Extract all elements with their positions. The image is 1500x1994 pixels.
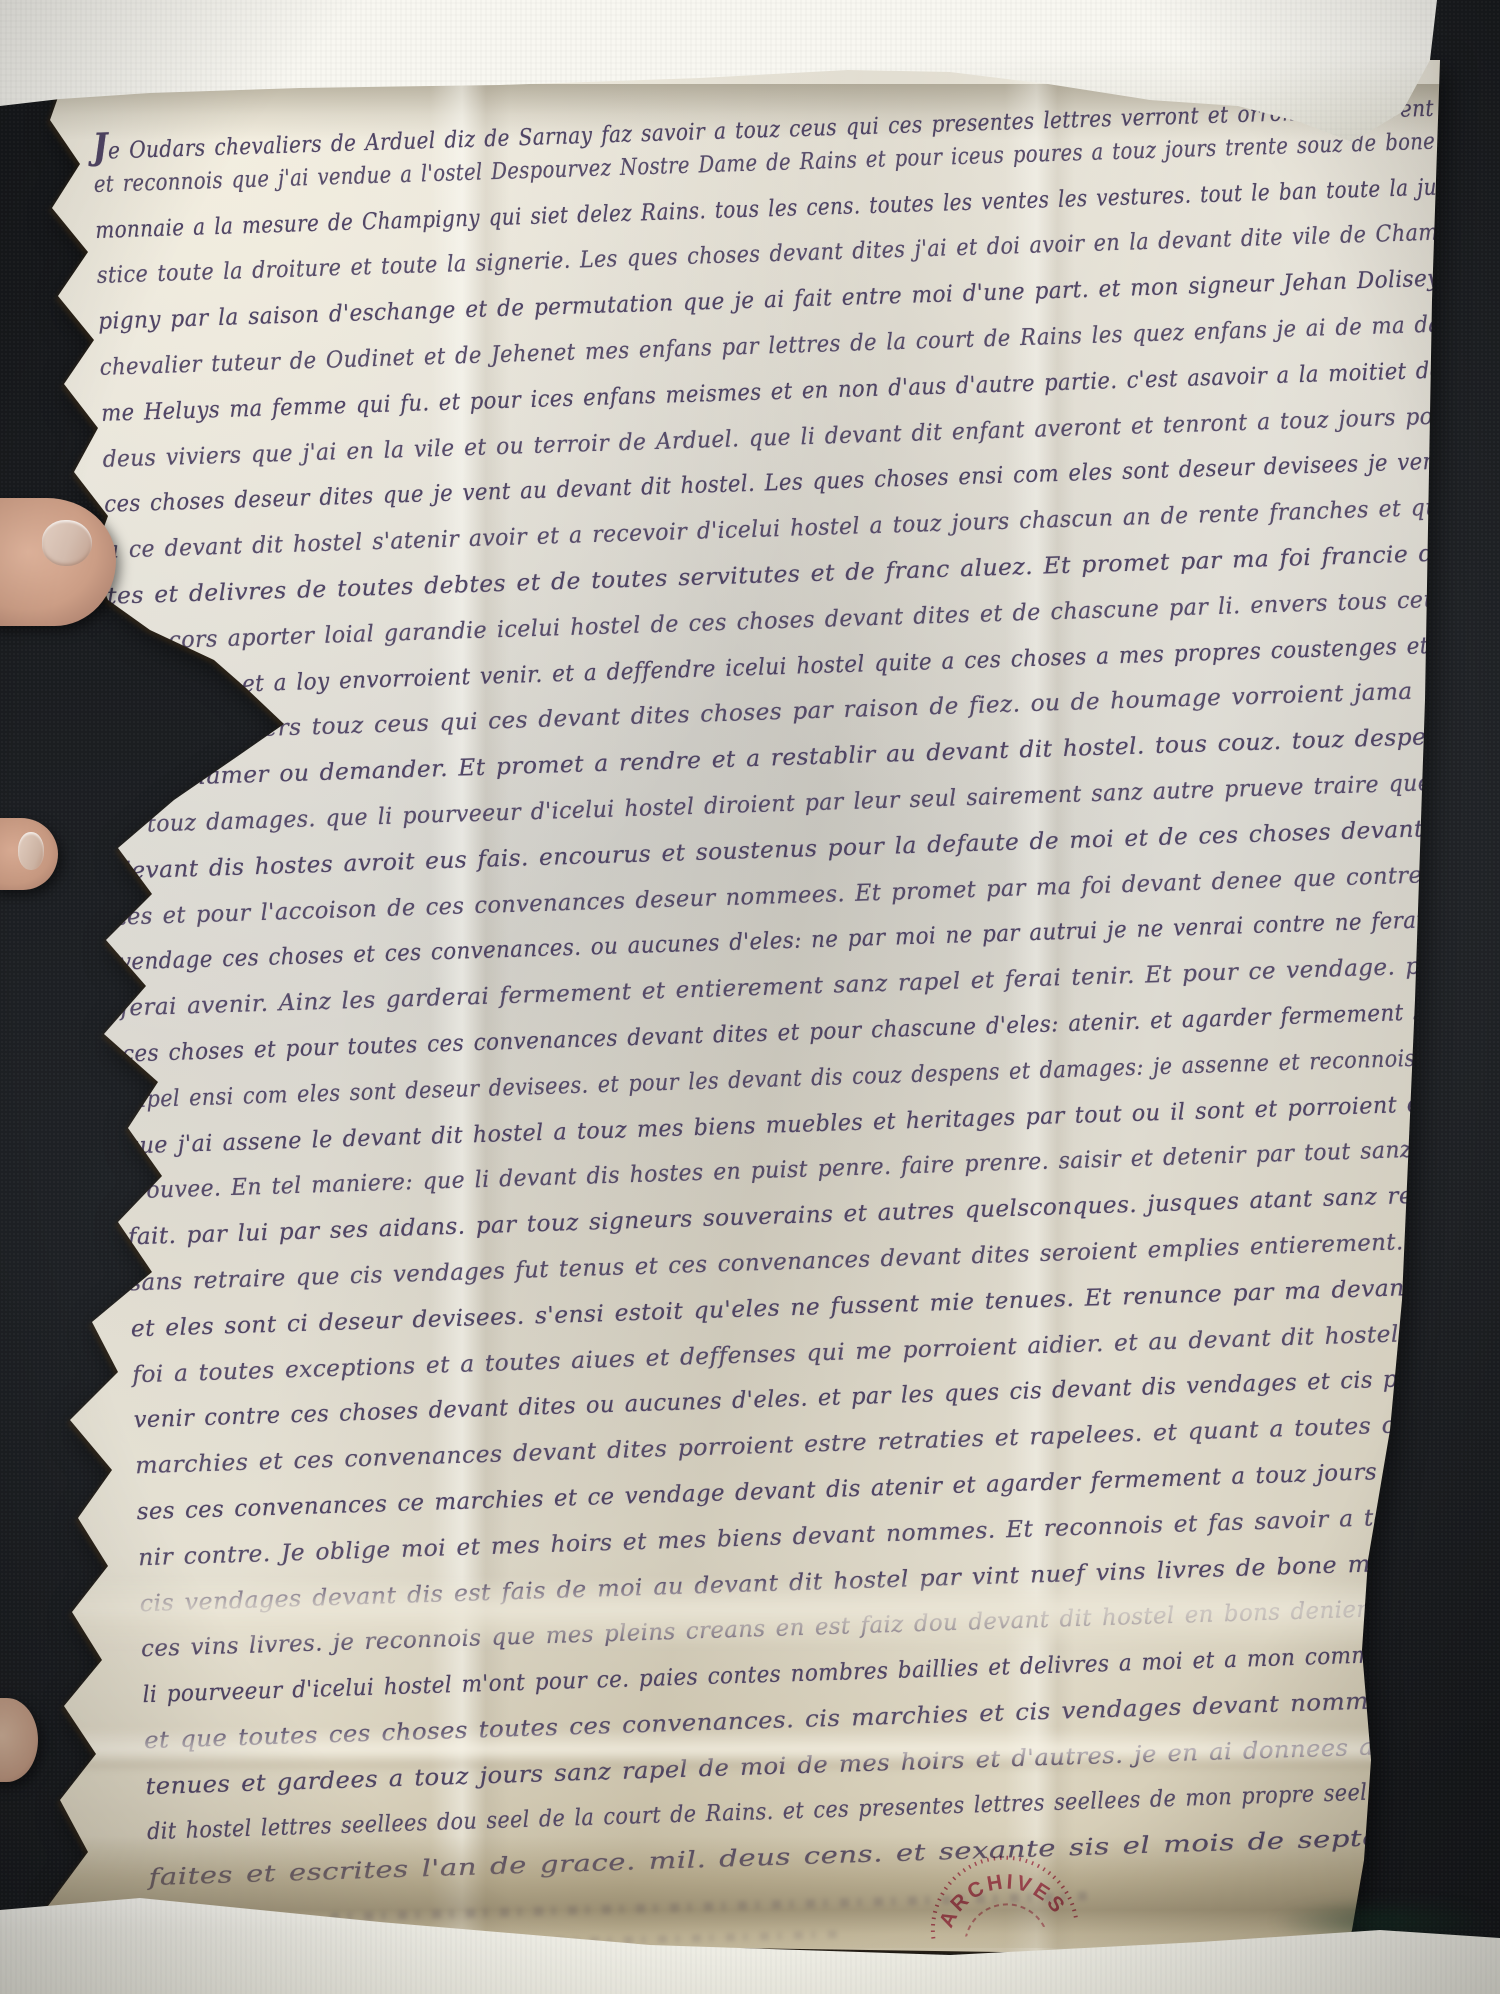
stamp-text: ARCHIVES xyxy=(930,1863,1073,1934)
manuscript-photo: Je Oudars chevaliers de Arduel diz de Sa… xyxy=(0,0,1500,1994)
parchment-edge-tint xyxy=(1430,0,1500,1994)
stamp-inner-arc xyxy=(962,1900,1045,1939)
parchment-sheet: Je Oudars chevaliers de Arduel diz de Sa… xyxy=(0,0,1500,1994)
parchment-wrapper: Je Oudars chevaliers de Arduel diz de Sa… xyxy=(0,0,1500,1994)
archives-stamp: ARCHIVES xyxy=(915,1839,1084,1942)
manuscript-text: Je Oudars chevaliers de Arduel diz de Sa… xyxy=(92,83,1495,1912)
